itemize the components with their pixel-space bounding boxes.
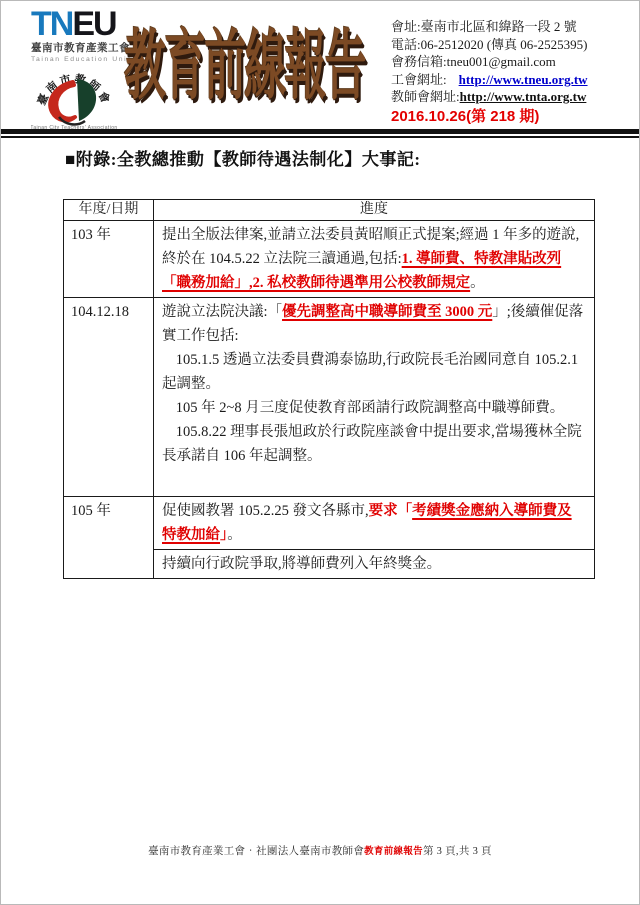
table-row-105: 105 年 促使國教署 105.2.25 發文各縣市,要求「考績獎金應納入導師費… [64,497,595,550]
progress-cell: 促使國教署 105.2.25 發文各縣市,要求「考績獎金應納入導師費及特教加給」… [154,497,595,550]
progress-cell: 提出全版法律案,並請立法委員黃昭順正式提案;經過 1 年多的遊說,終於在 104… [154,221,595,298]
contact-union-site: 工會網址:http://www.tneu.org.tw [391,71,588,89]
progress-paragraph: 持續向行政院爭取,將導師費列入年終獎金。 [162,552,586,576]
tneu-wordmark-tn: TN [31,5,72,43]
assoc-logo-arc-text: 臺南市教師會 [34,71,114,107]
milestones-table: 年度/日期 進度 103 年 提出全版法律案,並請立法委員黃昭順正式提案;經過 … [63,199,595,579]
progress-paragraph: 105 年 2~8 月三度促使教育部函請行政院調整高中職導師費。 [162,396,586,420]
teachers-association-logo-icon: 臺南市教師會 Tainan City Teachers' Association [31,59,117,131]
section-heading: ■附錄:全教總推動【教師待遇法制化】大事記: [65,145,639,170]
issue-date: 2016.10.26(第 218 期) [391,108,588,126]
table-row-1041218: 104.12.18 遊說立法院決議:「優先調整高中職導師費至 3000 元」;後… [64,298,595,497]
contact-assoc-site: 教師會網址:http://www.tnta.org.tw [391,88,588,106]
progress-paragraph: 提出全版法律案,並請立法委員黃昭順正式提案;經過 1 年多的遊說,終於在 104… [162,223,586,295]
contact-address: 會址:臺南市北區和緯路一段 2 號 [391,18,588,36]
contact-phone: 電話:06-2512020 (傳真 06-2525395) [391,36,588,54]
svg-text:臺南市教師會: 臺南市教師會 [34,71,114,107]
column-header-progress: 進度 [154,200,595,221]
contact-block: 會址:臺南市北區和緯路一段 2 號 電話:06-2512020 (傳真 06-2… [391,18,588,126]
tneu-wordmark-eu: EU [72,5,115,43]
progress-paragraph: 促使國教署 105.2.25 發文各縣市,要求「考績獎金應納入導師費及特教加給」… [162,499,586,547]
assoc-site-label: 教師會網址: [391,89,460,104]
progress-cell: 遊說立法院決議:「優先調整高中職導師費至 3000 元」;後續催促落實工作包括:… [154,298,595,497]
newsletter-page: TNEU 臺南市教育產業工會 Tainan Education Union 臺南… [0,0,640,905]
date-cell: 104.12.18 [64,298,154,497]
progress-cell: 持續向行政院爭取,將導師費列入年終獎金。 [154,550,595,579]
header-divider [1,129,639,138]
table-header-row: 年度/日期 進度 [64,200,595,221]
assoc-site-link[interactable]: http://www.tnta.org.tw [460,89,587,104]
progress-paragraph: 遊說立法院決議:「優先調整高中職導師費至 3000 元」;後續催促落實工作包括: [162,300,586,348]
newsletter-title: 教育前線報告 [124,21,365,113]
table-row-103: 103 年 提出全版法律案,並請立法委員黃昭順正式提案;經過 1 年多的遊說,終… [64,221,595,298]
date-cell: 103 年 [64,221,154,298]
column-header-date: 年度/日期 [64,200,154,221]
date-cell: 105 年 [64,497,154,579]
progress-paragraph: 105.8.22 理事長張旭政於行政院座談會中提出要求,當場獲林全院長承諾自 1… [162,420,586,468]
page-footer: 臺南市教育產業工會‧社團法人臺南市教師會教育前線報告第 3 頁,共 3 頁 [1,843,639,858]
progress-paragraph: 105.1.5 透過立法委員費鴻泰協助,行政院長毛治國同意自 105.2.1 起… [162,348,586,396]
contact-email: 會務信箱:tneu001@gmail.com [391,53,588,71]
union-site-label: 工會網址: [391,72,447,87]
page-content: ■附錄:全教總推動【教師待遇法制化】大事記: 年度/日期 進度 103 年 提出… [1,138,639,579]
masthead: TNEU 臺南市教育產業工會 Tainan Education Union 臺南… [1,1,639,138]
union-site-link[interactable]: http://www.tneu.org.tw [459,72,588,87]
